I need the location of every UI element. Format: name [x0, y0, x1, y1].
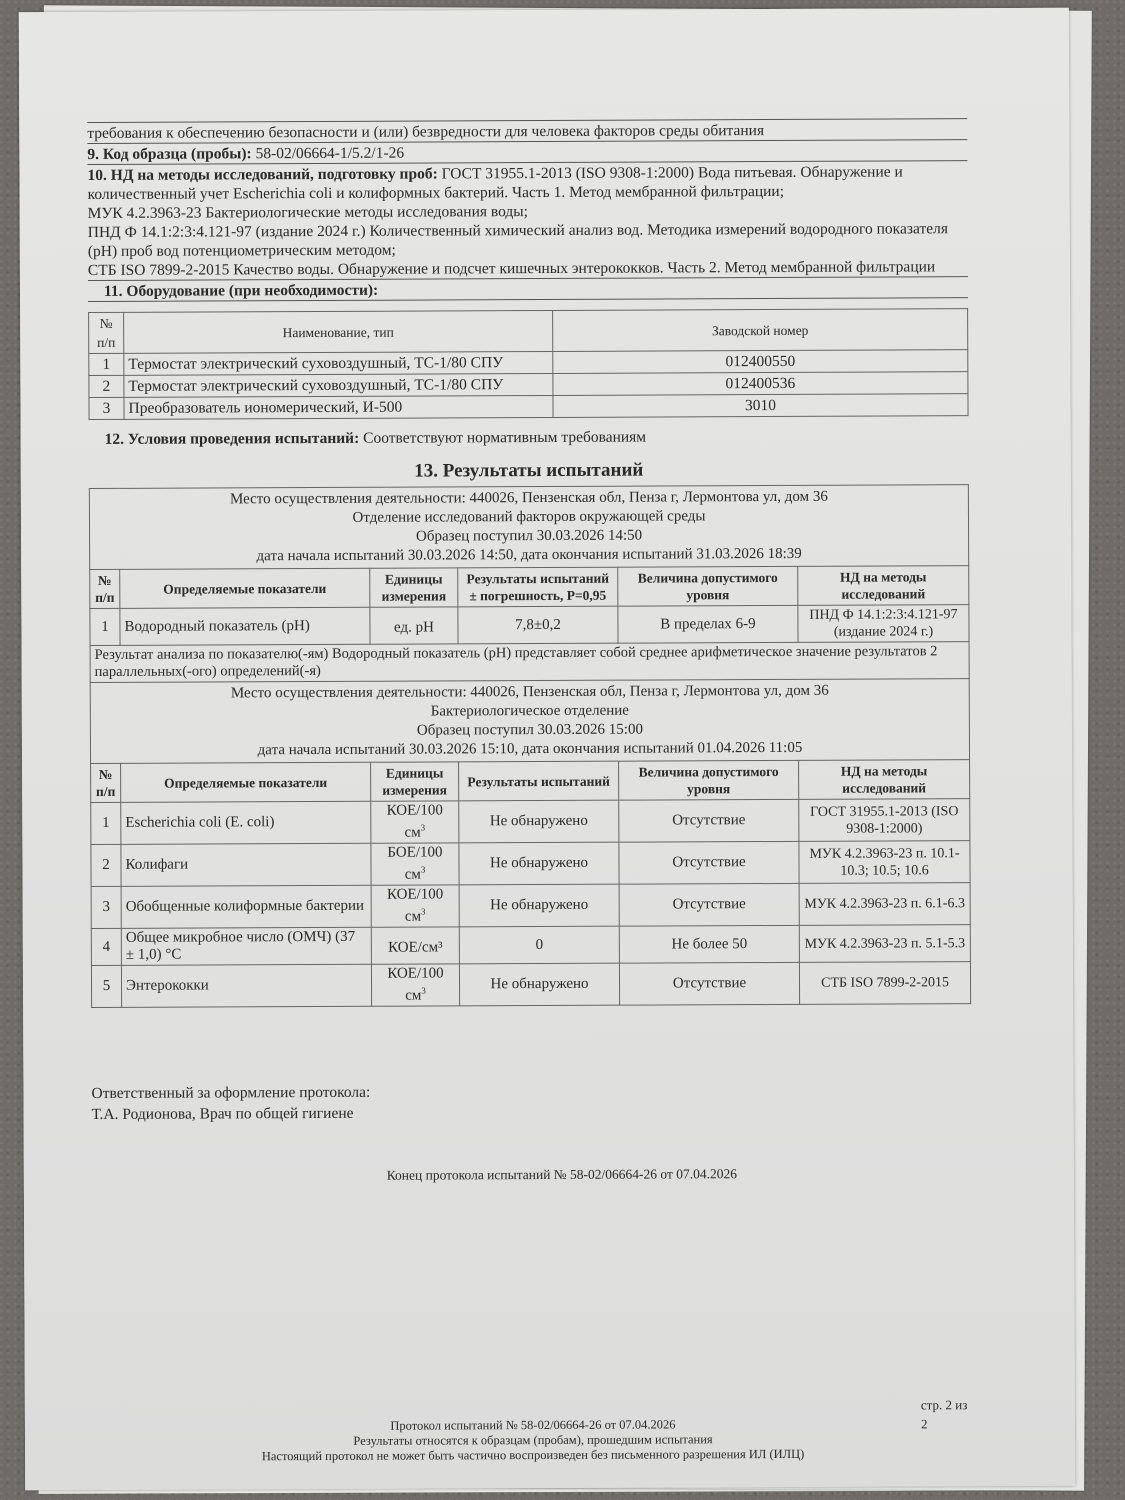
equipment-num: 1 [89, 353, 124, 375]
row-num: 4 [91, 928, 121, 965]
col-num: № п/п [89, 312, 124, 353]
equipment-num: 3 [89, 397, 124, 419]
indicator: Обобщенные колиформные бактерии [121, 885, 371, 928]
unit-text: БОЕ/100 см [387, 844, 442, 882]
allowed-limit: Не более 50 [619, 925, 799, 963]
section-10-label: 10. НД на методы исследований, подготовк… [87, 165, 437, 184]
section-11: 11. Оборудование (при необходимости): [88, 277, 968, 302]
indicator: Энтерококки [121, 964, 371, 1007]
result-value: Не обнаружено [459, 800, 619, 843]
results-row: 2КолифагиБОЕ/100 см3Не обнаруженоОтсутст… [91, 841, 970, 887]
row-num: 1 [90, 608, 120, 645]
section-12: 12. Условия проведения испытаний: Соотве… [105, 426, 969, 449]
equipment-name: Преобразователь иономерический, И-500 [124, 395, 553, 419]
results-col-3: Результаты испытаний [459, 761, 619, 801]
test-method: МУК 4.2.3963-23 п. 10.1-10.3; 10.5; 10.6 [799, 841, 970, 884]
unit: ед. pH [370, 607, 458, 644]
equipment-header-row: № п/п Наименование, тип Заводской номер [89, 309, 968, 354]
equipment-serial: 012400536 [553, 372, 968, 396]
section-10: 10. НД на методы исследований, подготовк… [87, 161, 967, 281]
results-col-5: НД на методы исследований [798, 566, 969, 606]
results-col-4: Величина допустимого уровня [618, 566, 798, 606]
test-dates: дата начала испытаний 30.03.2026 14:50, … [94, 544, 964, 567]
results-row: 4Общее микробное число (ОМЧ) (37 ± 1,0) … [91, 925, 970, 966]
results-col-5: НД на методы исследований [799, 760, 970, 800]
results-column-header: № п/пОпределяемые показателиЕдиницы изме… [90, 566, 969, 609]
section-11-label: 11. Оборудование (при необходимости): [104, 282, 378, 300]
unit: КОЕ/100 см3 [371, 885, 459, 927]
footer-line-3: Настоящий протокол не может быть частичн… [93, 1446, 973, 1465]
test-conditions: Соответствуют нормативным требованиям [363, 429, 646, 447]
result-value: Не обнаружено [459, 884, 619, 927]
results-col-1: Определяемые показатели [121, 762, 371, 802]
results-col-2: Единицы измерения [371, 762, 459, 801]
results-col-0: № п/п [90, 569, 120, 608]
test-method: СТБ ISO 7899-2-2015 [799, 962, 970, 1005]
sample-code: 58-02/06664-1/5.2/1-26 [256, 145, 405, 163]
protocol-page: требования к обеспечению безопасности и … [19, 8, 1075, 1491]
unit-text: КОЕ/100 см [387, 802, 443, 840]
results-col-2: Единицы измерения [370, 568, 458, 607]
results-row: 3Обобщенные колиформные бактерииКОЕ/100 … [91, 883, 970, 929]
results-note-row: Результат анализа по показателю(-ям) Вод… [90, 642, 969, 683]
results-row: 1Водородный показатель (pH)ед. pH7,8±0,2… [90, 605, 969, 646]
results-column-header: № п/пОпределяемые показателиЕдиницы изме… [91, 760, 970, 803]
result-value: Не обнаружено [459, 842, 619, 885]
indicator: Водородный показатель (pH) [120, 607, 370, 645]
allowed-limit: В пределах 6-9 [618, 605, 798, 643]
unit: КОЕ/100 см3 [371, 801, 459, 843]
unit: КОЕ/см³ [371, 927, 459, 964]
block-info: Место осуществления деятельности: 440026… [89, 485, 968, 570]
responsible-name: Т.А. Родионова, Врач по общей гигиене [92, 1100, 972, 1125]
test-method: МУК 4.2.3963-23 п. 5.1-5.3 [799, 925, 970, 963]
method-3: ПНД Ф 14.1:2:3:4.121-97 (издание 2024 г.… [88, 219, 968, 261]
allowed-limit: Отсутствие [619, 799, 799, 842]
row-num: 5 [91, 965, 121, 1007]
unit-exponent: 3 [421, 823, 426, 833]
equipment-serial: 012400550 [553, 350, 968, 374]
allowed-limit: Отсутствие [619, 883, 799, 926]
requirements-text: требования к обеспечению безопасности и … [87, 122, 764, 142]
results-block-header: Место осуществления деятельности: 440026… [89, 485, 968, 570]
unit-text: КОЕ/100 см [387, 965, 443, 1003]
equipment-num: 2 [89, 375, 124, 397]
row-num: 3 [91, 886, 121, 928]
results-col-0: № п/п [91, 763, 121, 802]
block-info: Место осуществления деятельности: 440026… [90, 679, 969, 764]
allowed-limit: Отсутствие [619, 962, 799, 1005]
equipment-name: Термостат электрический суховоздушный, Т… [124, 373, 553, 397]
equipment-name: Термостат электрический суховоздушный, Т… [124, 351, 553, 375]
row-num: 2 [91, 844, 121, 886]
results-row: 1Escherichia coli (E. coli)КОЕ/100 см3Не… [91, 799, 970, 845]
results-col-3: Результаты испытаний ± погрешность, Р=0,… [458, 567, 618, 607]
results-block-header: Место осуществления деятельности: 440026… [90, 679, 969, 764]
result-value: 7,8±0,2 [458, 606, 618, 644]
section-9-label: 9. Код образца (пробы): [87, 145, 251, 163]
equipment-table: № п/п Наименование, тип Заводской номер … [88, 308, 968, 420]
unit-exponent: 3 [421, 865, 426, 875]
test-method: ГОСТ 31955.1-2013 (ISO 9308-1:2000) [799, 799, 970, 842]
unit-exponent: 3 [421, 986, 426, 996]
indicator: Общее микробное число (ОМЧ) (37 ± 1,0) °… [121, 927, 371, 965]
indicator: Escherichia coli (E. coli) [121, 801, 371, 844]
col-name: Наименование, тип [124, 310, 553, 353]
test-dates: дата начала испытаний 30.03.2026 15:10, … [95, 738, 965, 761]
test-method: ПНД Ф 14.1:2:3:4.121-97 (издание 2024 г.… [798, 605, 969, 643]
indicator: Колифаги [121, 843, 371, 886]
page-footer: Протокол испытаний № 58-02/06664-26 от 0… [93, 1416, 973, 1465]
unit: БОЕ/100 см3 [371, 843, 459, 885]
results-title: 13. Результаты испытаний [89, 459, 969, 482]
results-col-1: Определяемые показатели [120, 568, 370, 608]
row-num: 1 [91, 802, 121, 844]
test-method: МУК 4.2.3963-23 п. 6.1-6.3 [799, 883, 970, 926]
result-value: 0 [459, 926, 619, 964]
results-row: 5ЭнтерококкиКОЕ/100 см3Не обнаруженоОтсу… [91, 962, 970, 1008]
col-serial: Заводской номер [553, 309, 968, 352]
responsible-block: Ответственный за оформление протокола: Т… [91, 1079, 971, 1125]
protocol-end-line: Конец протокола испытаний № 58-02/06664-… [92, 1163, 972, 1186]
results-note: Результат анализа по показателю(-ям) Вод… [90, 642, 969, 683]
method-4: СТБ ISO 7899-2-2015 Качество воды. Обнар… [88, 257, 968, 280]
unit-text: КОЕ/100 см [387, 886, 443, 924]
page-content: требования к обеспечению безопасности и … [87, 118, 972, 1186]
result-value: Не обнаружено [459, 963, 619, 1006]
equipment-serial: 3010 [553, 394, 968, 418]
allowed-limit: Отсутствие [619, 841, 799, 884]
unit-text: ед. pH [394, 619, 434, 635]
unit: КОЕ/100 см3 [371, 964, 459, 1006]
unit-exponent: 3 [421, 907, 426, 917]
results-table: Место осуществления деятельности: 440026… [89, 484, 971, 1008]
equipment-row: 3Преобразователь иономерический, И-50030… [89, 394, 968, 420]
section-12-label: 12. Условия проведения испытаний: [105, 430, 360, 448]
unit-text: КОЕ/см³ [388, 939, 443, 955]
results-col-4: Величина допустимого уровня [619, 760, 799, 800]
